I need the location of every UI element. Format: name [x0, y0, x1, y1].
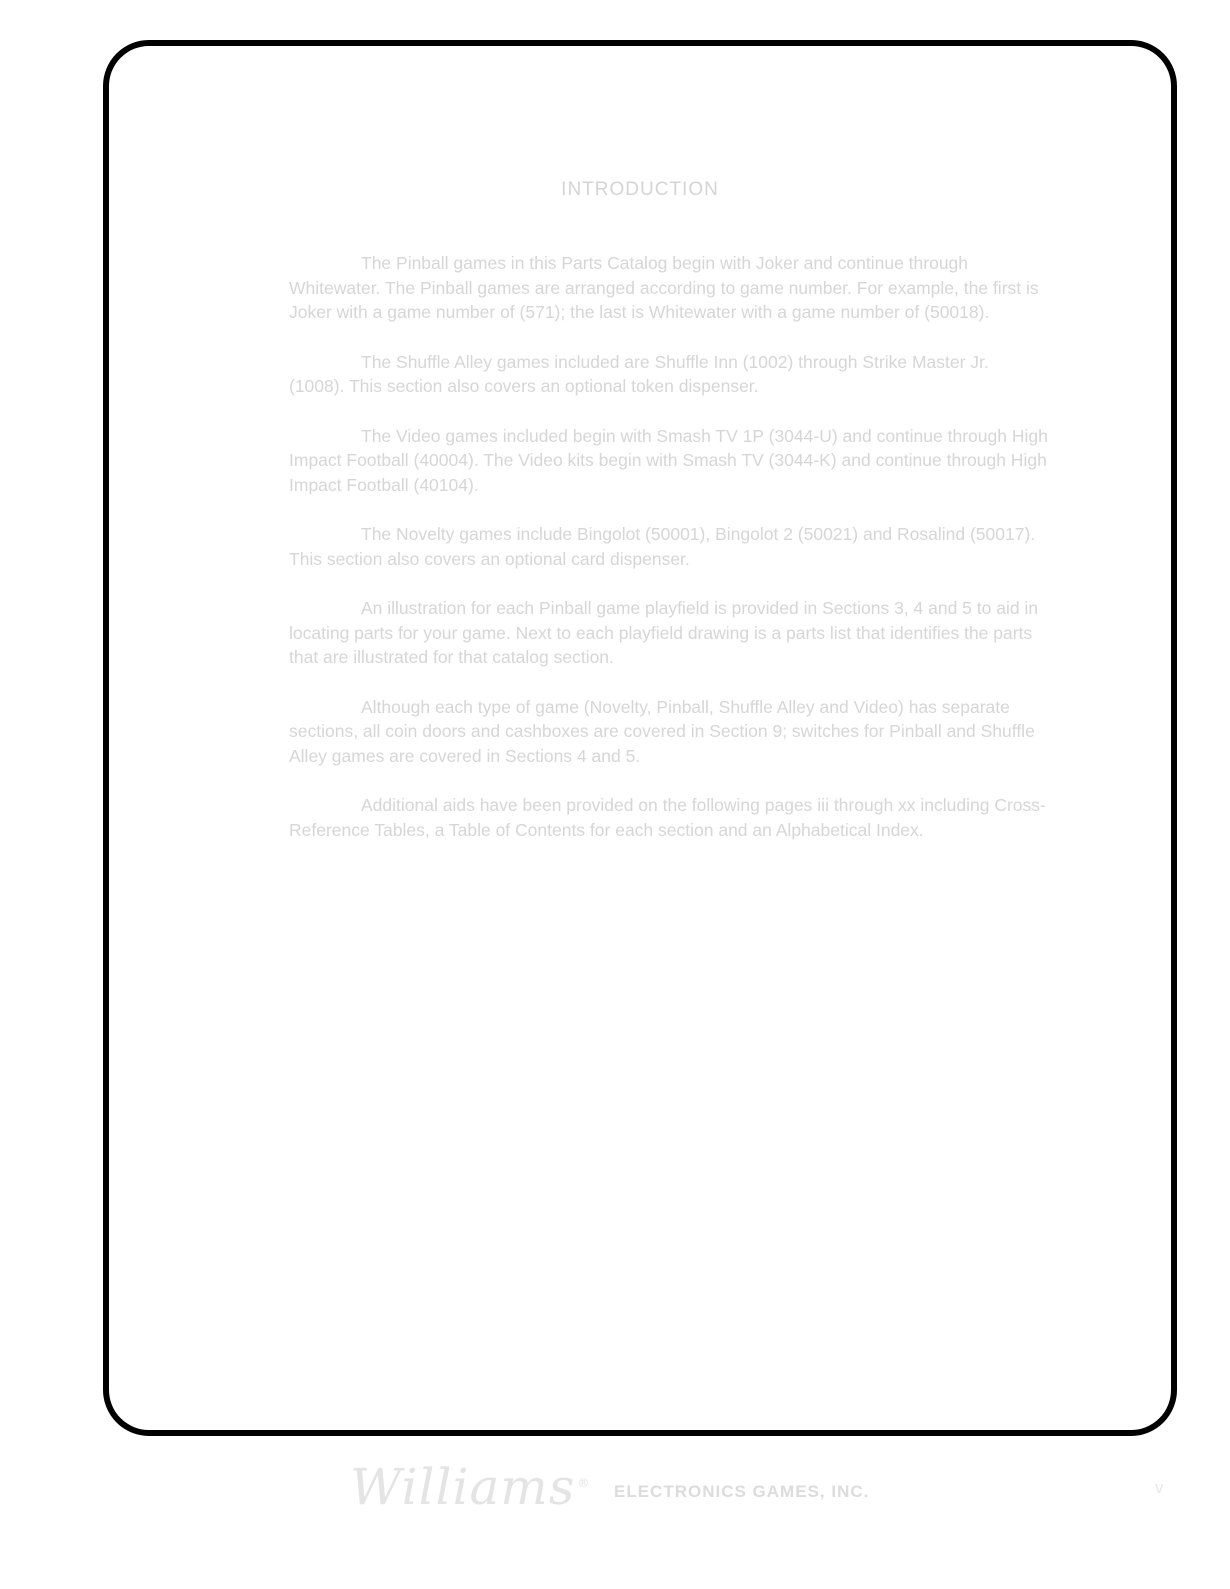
paragraph-pinball: The Pinball games in this Parts Catalog … [289, 251, 1049, 325]
paragraph-shuffle-alley: The Shuffle Alley games included are Shu… [289, 350, 1049, 399]
registered-mark-icon: ® [577, 1476, 590, 1490]
page-border-frame: INTRODUCTION The Pinball games in this P… [103, 40, 1177, 1436]
paragraph-sections: Although each type of game (Novelty, Pin… [289, 695, 1049, 769]
page-number: v [1155, 1478, 1164, 1498]
paragraph-video: The Video games included begin with Smas… [289, 424, 1049, 498]
logo-text: Williams [350, 1458, 575, 1516]
williams-logo: Williams® [350, 1458, 590, 1516]
paragraph-novelty: The Novelty games include Bingolot (5000… [289, 522, 1049, 571]
paragraph-additional-aids: Additional aids have been provided on th… [289, 793, 1049, 842]
intro-body: The Pinball games in this Parts Catalog … [289, 251, 1049, 867]
company-name: ELECTRONICS GAMES, INC. [614, 1482, 869, 1502]
paragraph-illustrations: An illustration for each Pinball game pl… [289, 596, 1049, 670]
page-footer: Williams® ELECTRONICS GAMES, INC. v [0, 1436, 1230, 1536]
page-title: INTRODUCTION [109, 179, 1171, 201]
